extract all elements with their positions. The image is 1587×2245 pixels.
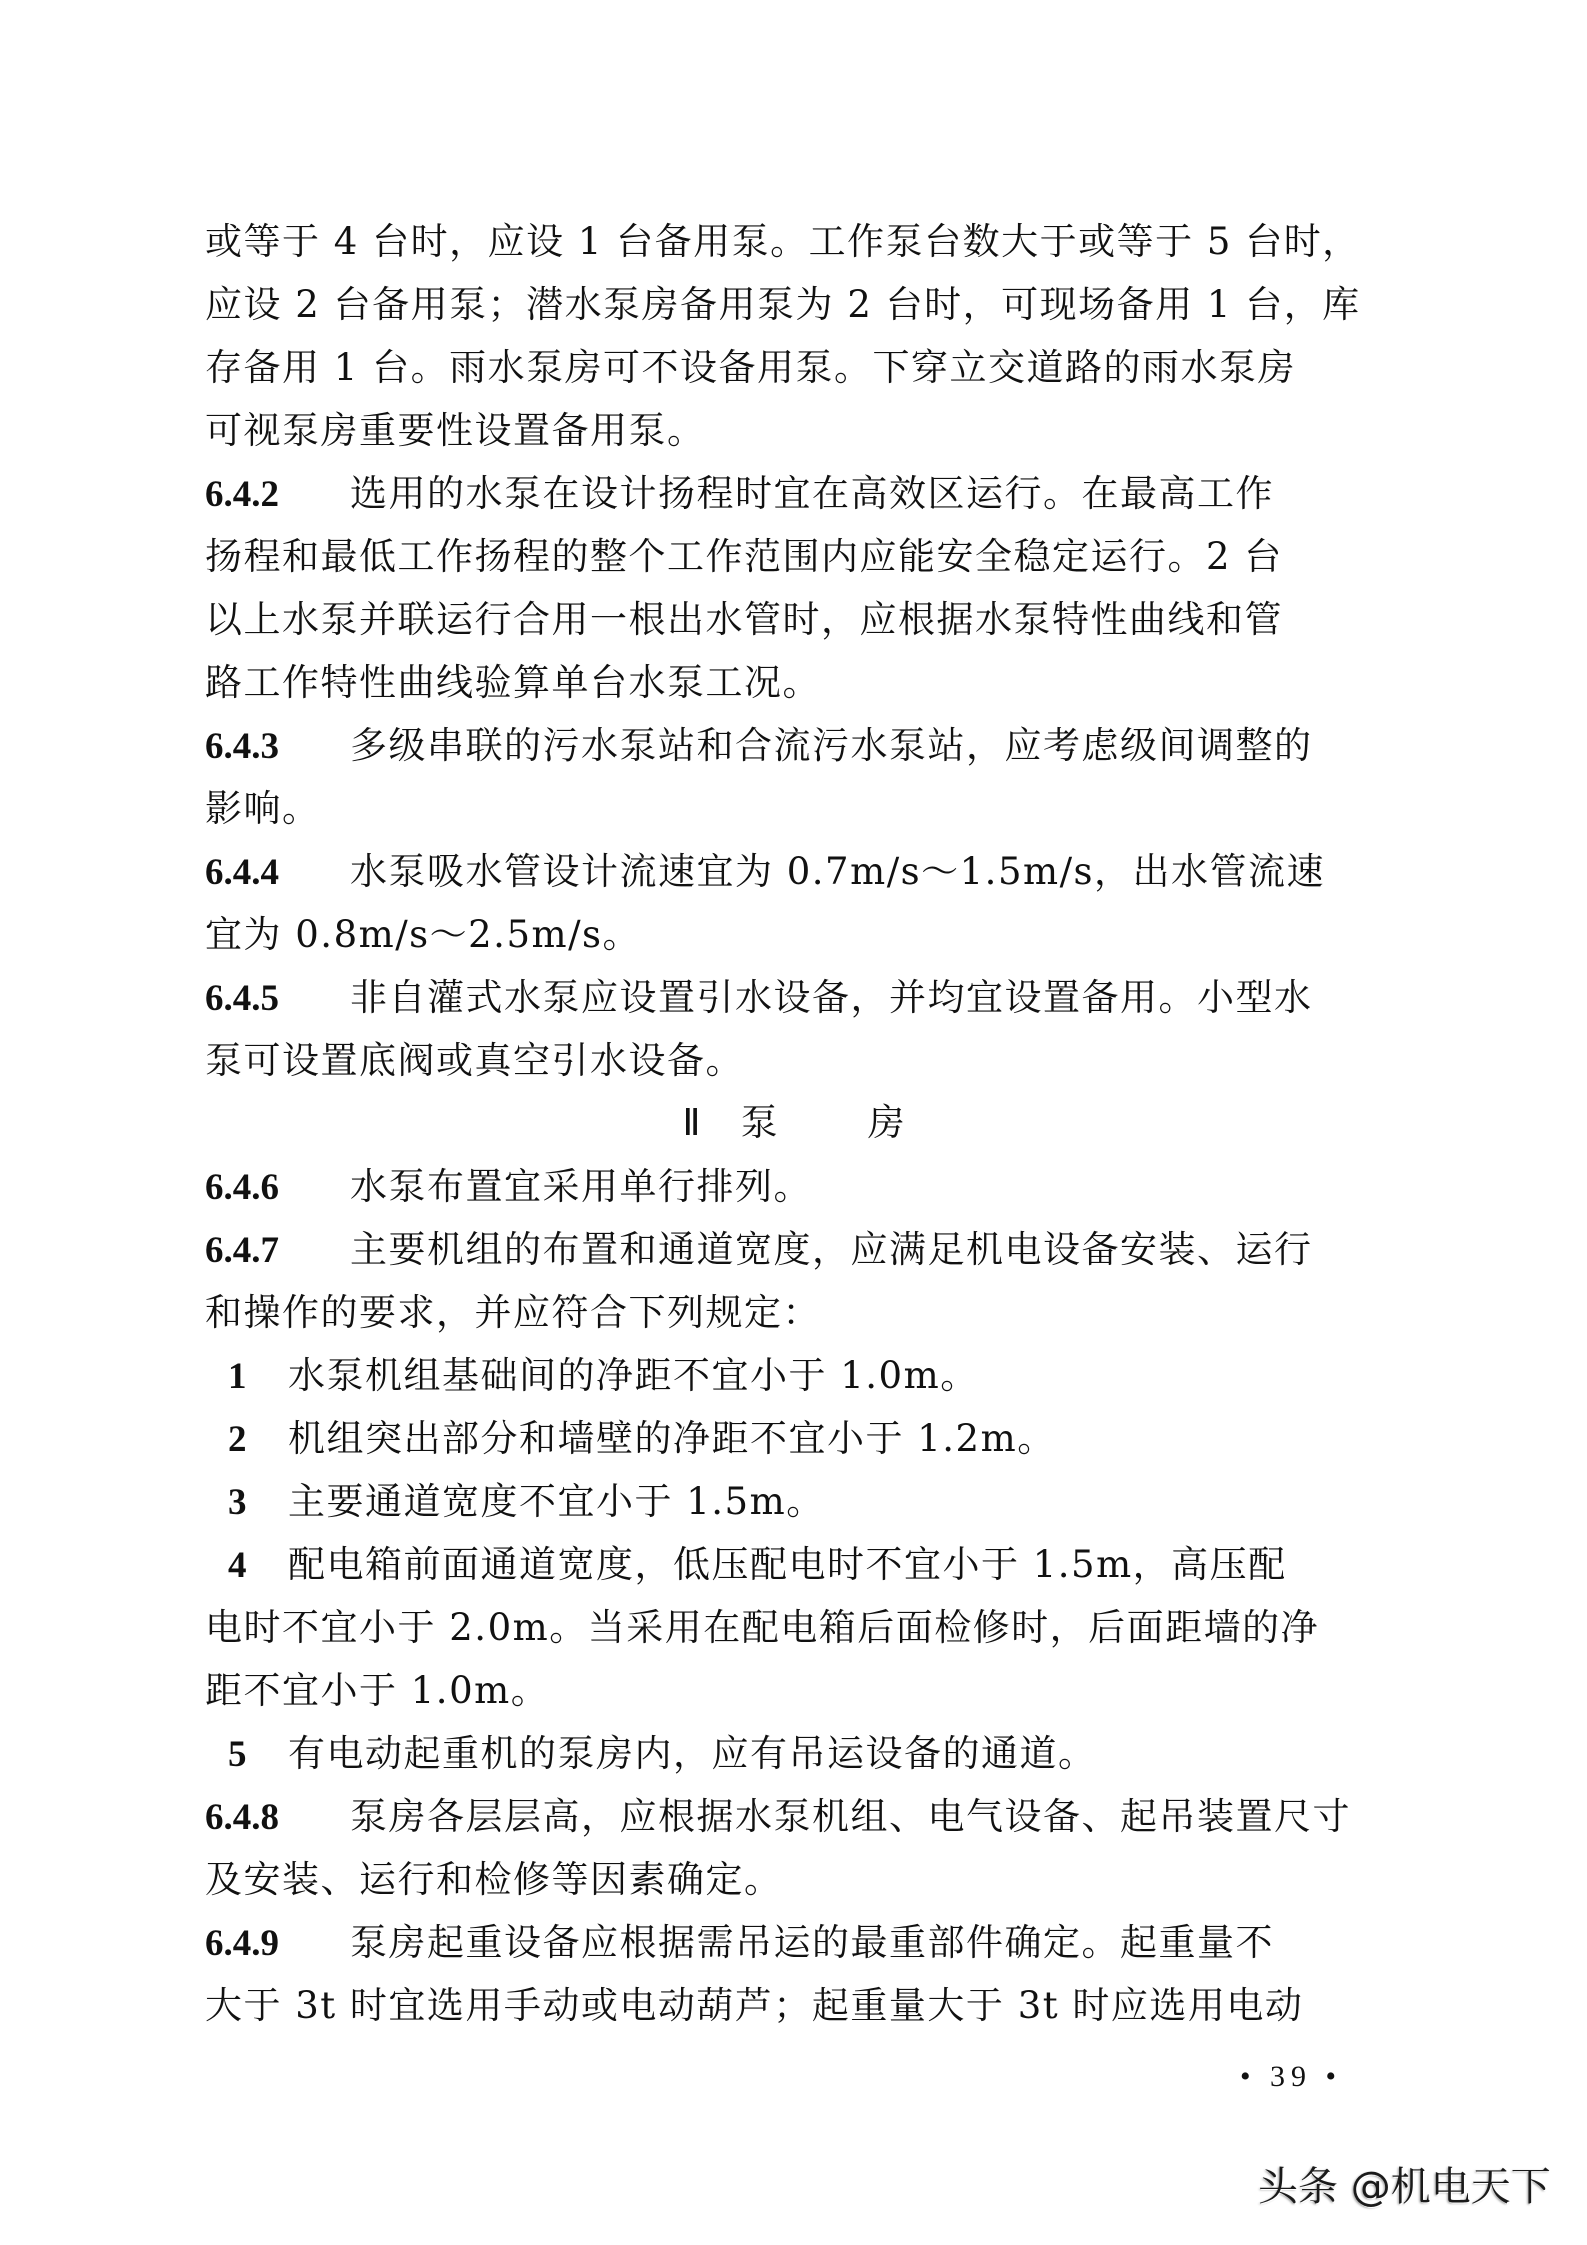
- line-text: 多级串联的污水泵站和合流污水泵站，应考虑级间调整的: [350, 724, 1313, 767]
- section-heading-char: 泵: [741, 1098, 778, 1148]
- item-text: 水泵机组基础间的净距不宜小于 1.0m。: [288, 1354, 979, 1397]
- text-line: 泵可设置底阀或真空引水设备。: [205, 1036, 1385, 1086]
- line-text: 电时不宜小于 2.0m。当采用在配电箱后面检修时，后面距墙的净: [205, 1606, 1319, 1649]
- clause-6-4-9: 6.4.9泵房起重设备应根据需吊运的最重部件确定。起重量不: [205, 1918, 1385, 1968]
- item-number: 2: [228, 1415, 288, 1465]
- list-item: 3主要通道宽度不宜小于 1.5m。: [288, 1477, 1468, 1527]
- text-line: 及安装、运行和检修等因素确定。: [205, 1855, 1385, 1905]
- text-line: 大于 3t 时宜选用手动或电动葫芦；起重量大于 3t 时应选用电动: [205, 1981, 1385, 2031]
- item-text: 机组突出部分和墙壁的净距不宜小于 1.2m。: [288, 1417, 1056, 1460]
- clause-6-4-3: 6.4.3多级串联的污水泵站和合流污水泵站，应考虑级间调整的: [205, 721, 1385, 771]
- line-text: 和操作的要求，并应符合下列规定：: [205, 1291, 821, 1334]
- line-text: 选用的水泵在设计扬程时宜在高效区运行。在最高工作: [350, 472, 1274, 515]
- document-page: 或等于 4 台时，应设 1 台备用泵。工作泵台数大于或等于 5 台时， 应设 2…: [0, 0, 1587, 2245]
- text-line: 或等于 4 台时，应设 1 台备用泵。工作泵台数大于或等于 5 台时，: [205, 217, 1385, 267]
- line-text: 泵可设置底阀或真空引水设备。: [205, 1039, 744, 1082]
- line-text: 泵房各层层高，应根据水泵机组、电气设备、起吊装置尺寸: [350, 1795, 1351, 1838]
- line-text: 影响。: [205, 787, 321, 830]
- line-text: 扬程和最低工作扬程的整个工作范围内应能安全稳定运行。2 台: [205, 535, 1283, 578]
- text-line: 路工作特性曲线验算单台水泵工况。: [205, 658, 1385, 708]
- text-line: 存备用 1 台。雨水泵房可不设备用泵。下穿立交道路的雨水泵房: [205, 343, 1385, 393]
- line-text: 可视泵房重要性设置备用泵。: [205, 409, 706, 452]
- list-item: 2机组突出部分和墙壁的净距不宜小于 1.2m。: [288, 1414, 1468, 1464]
- list-item: 4配电箱前面通道宽度，低压配电时不宜小于 1.5m，高压配: [288, 1540, 1468, 1590]
- line-text: 宜为 0.8m/s～2.5m/s。: [205, 913, 641, 956]
- clause-number: 6.4.7: [205, 1226, 350, 1276]
- item-number: 4: [228, 1541, 288, 1591]
- clause-number: 6.4.6: [205, 1163, 350, 1213]
- text-line: 以上水泵并联运行合用一根出水管时，应根据水泵特性曲线和管: [205, 595, 1385, 645]
- line-text: 及安装、运行和检修等因素确定。: [205, 1858, 783, 1901]
- line-text: 以上水泵并联运行合用一根出水管时，应根据水泵特性曲线和管: [205, 598, 1283, 641]
- line-text: 水泵吸水管设计流速宜为 0.7m/s～1.5m/s，出水管流速: [350, 850, 1325, 893]
- section-heading-char: 房: [868, 1098, 905, 1148]
- line-text: 主要机组的布置和通道宽度，应满足机电设备安装、运行: [350, 1228, 1313, 1271]
- text-line: 可视泵房重要性设置备用泵。: [205, 406, 1385, 456]
- line-text: 泵房起重设备应根据需吊运的最重部件确定。起重量不: [350, 1921, 1274, 1964]
- item-text: 有电动起重机的泵房内，应有吊运设备的通道。: [288, 1732, 1097, 1775]
- clause-6-4-4: 6.4.4水泵吸水管设计流速宜为 0.7m/s～1.5m/s，出水管流速: [205, 847, 1385, 897]
- clause-6-4-8: 6.4.8泵房各层层高，应根据水泵机组、电气设备、起吊装置尺寸: [205, 1792, 1385, 1842]
- clause-number: 6.4.5: [205, 974, 350, 1024]
- clause-number: 6.4.3: [205, 722, 350, 772]
- item-number: 5: [228, 1730, 288, 1780]
- item-text: 主要通道宽度不宜小于 1.5m。: [288, 1480, 825, 1523]
- text-line: 宜为 0.8m/s～2.5m/s。: [205, 910, 1385, 960]
- line-text: 非自灌式水泵应设置引水设备，并均宜设置备用。小型水: [350, 976, 1313, 1019]
- text-line: 和操作的要求，并应符合下列规定：: [205, 1288, 1385, 1338]
- item-number: 3: [228, 1478, 288, 1528]
- page-number: • 39 •: [1240, 2060, 1342, 2094]
- line-text: 大于 3t 时宜选用手动或电动葫芦；起重量大于 3t 时应选用电动: [205, 1984, 1303, 2027]
- clause-6-4-5: 6.4.5非自灌式水泵应设置引水设备，并均宜设置备用。小型水: [205, 973, 1385, 1023]
- item-number: 1: [228, 1352, 288, 1402]
- section-heading: Ⅱ泵房: [0, 1098, 1587, 1149]
- list-item: 5有电动起重机的泵房内，应有吊运设备的通道。: [288, 1729, 1468, 1779]
- clause-number: 6.4.8: [205, 1793, 350, 1843]
- clause-6-4-7: 6.4.7主要机组的布置和通道宽度，应满足机电设备安装、运行: [205, 1225, 1385, 1275]
- list-item: 1水泵机组基础间的净距不宜小于 1.0m。: [288, 1351, 1468, 1401]
- watermark: 头条 @机电天下: [1258, 2155, 1551, 2212]
- text-line: 电时不宜小于 2.0m。当采用在配电箱后面检修时，后面距墙的净: [205, 1603, 1385, 1653]
- line-text: 应设 2 台备用泵；潜水泵房备用泵为 2 台时，可现场备用 1 台，库: [205, 283, 1361, 326]
- clause-number: 6.4.4: [205, 848, 350, 898]
- text-line: 距不宜小于 1.0m。: [205, 1666, 1385, 1716]
- section-roman-numeral: Ⅱ: [682, 1099, 700, 1149]
- clause-number: 6.4.2: [205, 470, 350, 520]
- item-text: 配电箱前面通道宽度，低压配电时不宜小于 1.5m，高压配: [288, 1543, 1287, 1586]
- text-line: 扬程和最低工作扬程的整个工作范围内应能安全稳定运行。2 台: [205, 532, 1385, 582]
- line-text: 距不宜小于 1.0m。: [205, 1669, 549, 1712]
- text-line: 影响。: [205, 784, 1385, 834]
- clause-6-4-6: 6.4.6水泵布置宜采用单行排列。: [205, 1162, 1385, 1212]
- line-text: 存备用 1 台。雨水泵房可不设备用泵。下穿立交道路的雨水泵房: [205, 346, 1296, 389]
- clause-6-4-2: 6.4.2选用的水泵在设计扬程时宜在高效区运行。在最高工作: [205, 469, 1385, 519]
- line-text: 或等于 4 台时，应设 1 台备用泵。工作泵台数大于或等于 5 台时，: [205, 220, 1361, 263]
- line-text: 路工作特性曲线验算单台水泵工况。: [205, 661, 821, 704]
- clause-number: 6.4.9: [205, 1919, 350, 1969]
- line-text: 水泵布置宜采用单行排列。: [350, 1165, 812, 1208]
- text-line: 应设 2 台备用泵；潜水泵房备用泵为 2 台时，可现场备用 1 台，库: [205, 280, 1385, 330]
